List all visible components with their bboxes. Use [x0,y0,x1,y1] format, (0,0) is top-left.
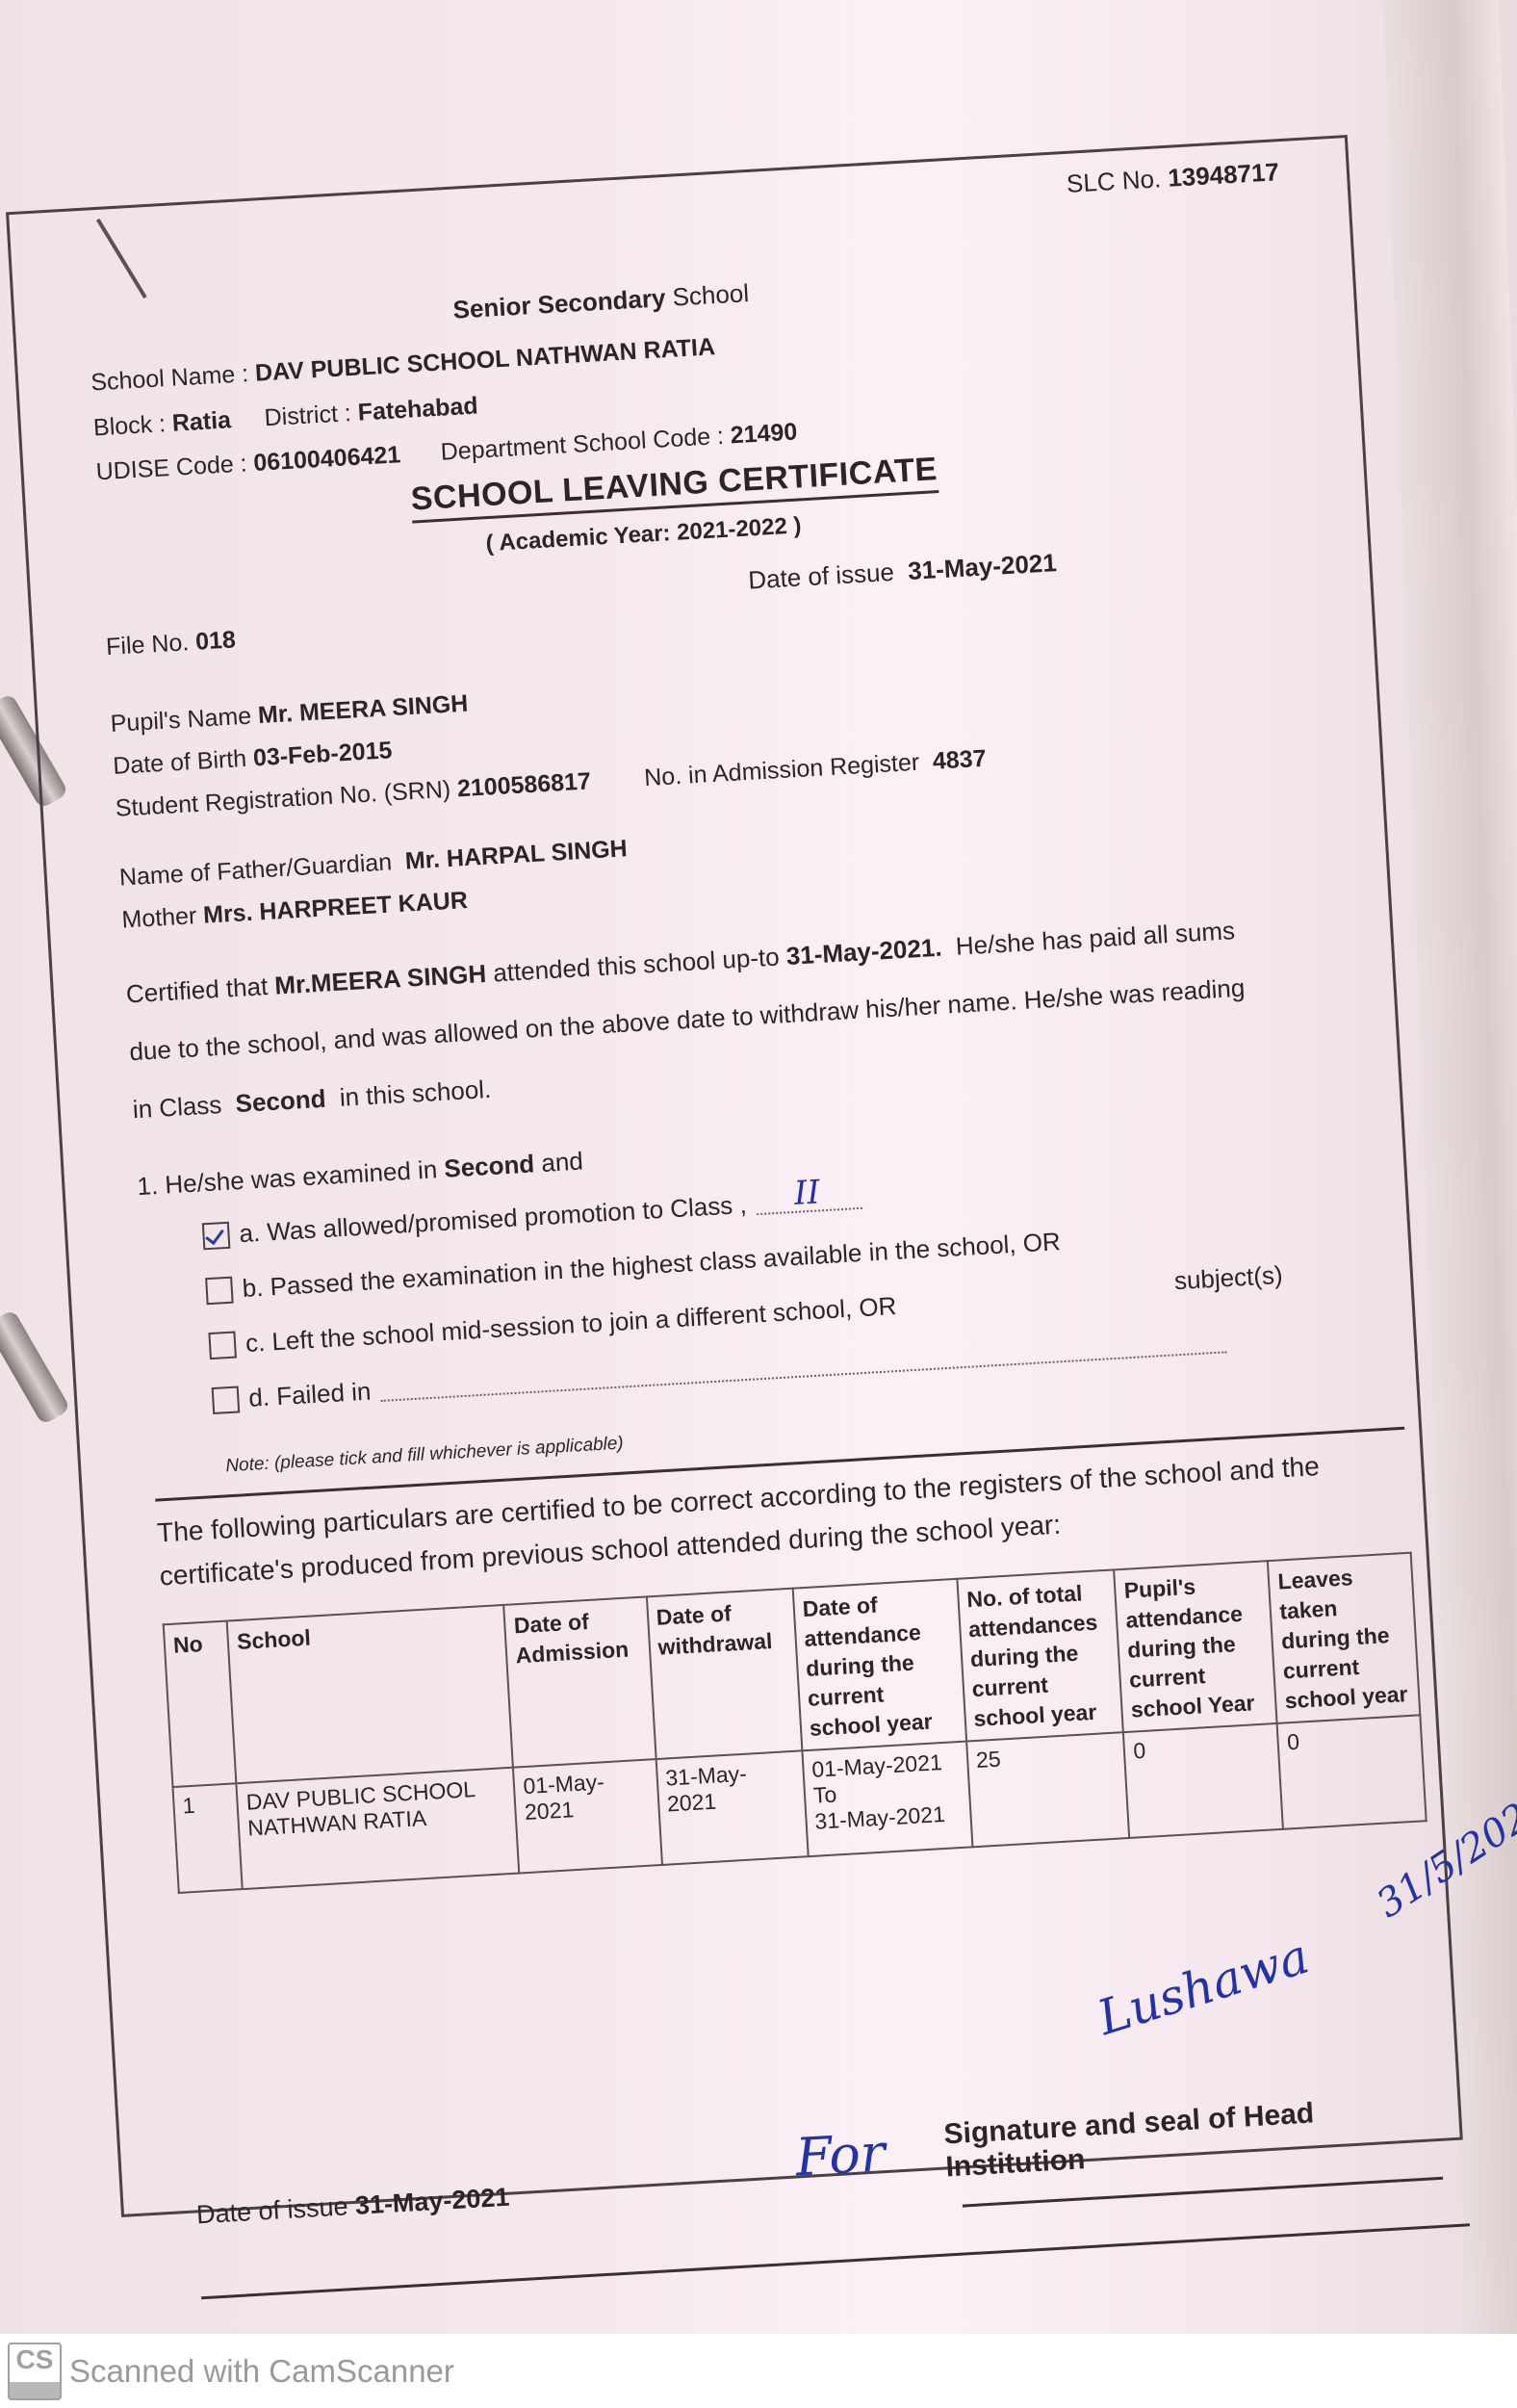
admission-register-value: 4837 [932,745,987,775]
date-of-issue-bottom-label: Date of issue [195,2191,348,2229]
cell-admission: 01-May-2021 [513,1759,661,1873]
particulars-table: No School Date of Admission Date of with… [163,1552,1427,1895]
slc-label: SLC No. [1066,164,1162,198]
school-name: DAV PUBLIC SCHOOL NATHWAN RATIA [254,333,716,387]
mother-name: Mrs. HARPREET KAUR [202,887,468,929]
examination-intro: 1. He/she was examined in Second and [137,1146,584,1202]
date-of-issue-bottom: Date of issue 31-May-2021 [195,2183,510,2231]
signature-label: Signature and seal of Head Institution [943,2089,1461,2185]
file-no-label: File No. [105,629,190,660]
mother-label: Mother [121,902,197,933]
cert-date: 31-May-2021. [785,933,942,971]
district-value: Fatehabad [357,392,478,426]
col-no: No [164,1621,237,1788]
certificate-document: SLC No. 13948717 Senior Secondary School… [6,135,1463,2217]
school-name-label: School Name : [90,360,249,396]
cell-attendance-dates: 01-May-2021 To 31-May-2021 [802,1742,972,1857]
file-no: 018 [194,626,236,655]
certification-line-3: in Class Second in this school. [132,1075,492,1125]
cell-withdrawal: 31-May-2021 [656,1751,808,1866]
admission-register-label: No. in Admission Register [644,749,920,791]
option-a[interactable]: a. Was allowed/promised promotion to Cla… [202,1183,863,1251]
checkbox-a[interactable] [202,1221,231,1250]
school-name-row: School Name : DAV PUBLIC SCHOOL NATHWAN … [90,333,716,397]
academic-year-value: 2021-2022 [676,513,787,546]
block-district-row: Block : Ratia District : Fatehabad [92,392,478,442]
dob-value: 03-Feb-2015 [252,737,393,771]
cert-suffix: He/she has paid all sums [955,916,1236,961]
cell-total-attendances: 25 [966,1732,1130,1847]
col-school: School [227,1605,513,1784]
promotion-class-handwritten: II [793,1173,821,1212]
cert-mid: attended this school up-to [492,942,780,987]
academic-year: ( Academic Year: 2021-2022 ) [485,512,802,557]
cell-pupil-attendance: 0 [1123,1723,1283,1838]
father-row: Name of Father/Guardian Mr. HARPAL SINGH [118,835,628,892]
col-pupil-attendance: Pupil's attendance during the current sc… [1115,1561,1278,1732]
class-value: Second [235,1084,326,1118]
udise-code: 06100406421 [253,441,401,477]
date-of-issue-bottom-value: 31-May-2021 [354,2183,510,2220]
scanned-photo: SLC No. 13948717 Senior Secondary School… [0,0,1517,2334]
school-type: Senior Secondary School [452,278,750,325]
handwritten-signature: Lushawa [1092,1929,1316,2046]
col-withdrawal: Date of withdrawal [647,1589,803,1760]
academic-year-label: ( Academic Year: [485,520,671,557]
slc-number: SLC No. 13948717 [1066,157,1280,199]
date-of-issue-label: Date of issue [747,557,894,595]
signature-line [963,2177,1443,2208]
date-of-issue-value: 31-May-2021 [907,548,1057,585]
dob-row: Date of Birth 03-Feb-2015 [113,737,394,781]
binder-clip-icon [0,1309,71,1426]
school-type-suffix: School [672,278,750,312]
district-label: District : [264,400,352,431]
option-a-label: a. Was allowed/promised promotion to Cla… [239,1190,748,1249]
class-suffix: in this school. [339,1075,492,1112]
col-admission: Date of Admission [504,1596,656,1767]
cert-name: Mr.MEERA SINGH [274,959,487,1000]
watermark-text: Scanned with CamScanner [69,2353,454,2390]
block-value: Ratia [171,406,232,436]
checkbox-b[interactable] [205,1276,234,1305]
udise-label: UDISE Code : [95,450,247,485]
checkbox-c[interactable] [208,1331,237,1359]
cell-leaves: 0 [1277,1716,1427,1829]
option-c-label: c. Left the school mid-session to join a… [244,1291,897,1359]
exam-class: Second [444,1149,535,1182]
option-c[interactable]: c. Left the school mid-session to join a… [208,1291,897,1360]
cell-school: DAV PUBLIC SCHOOL NATHWAN RATIA [237,1768,520,1889]
cert-prefix: Certified that [125,971,269,1008]
srn-value: 2100586817 [456,767,591,802]
pupil-name-label: Pupil's Name [110,703,252,738]
note: Note: (please tick and fill whichever is… [225,1434,625,1478]
block-label: Block : [92,410,167,441]
promotion-class-field[interactable]: II [756,1187,862,1214]
pupil-name-row: Pupil's Name Mr. MEERA SINGH [110,690,469,738]
col-attendance-dates: Date of attendance during the current sc… [792,1579,965,1751]
file-no-row: File No. 018 [105,626,236,661]
handwritten-for: For [794,2122,887,2188]
option-d-label: d. Failed in [247,1377,372,1413]
exam-prefix: 1. He/she was examined in [137,1154,438,1201]
col-total-attendances: No. of total attendances during the curr… [957,1569,1123,1741]
dept-code-label: Department School Code : [440,423,725,466]
dept-code: 21490 [730,418,798,449]
class-label: in Class [132,1090,222,1124]
pupil-name: Mr. MEERA SINGH [257,690,469,730]
col-leaves: Leaves taken during the current school y… [1268,1553,1420,1724]
camscanner-watermark: CS Scanned with CamScanner [8,2345,454,2397]
exam-suffix: and [541,1146,584,1177]
cell-no: 1 [173,1783,243,1893]
father-label: Name of Father/Guardian [118,848,393,891]
checkbox-d[interactable] [212,1385,241,1414]
bottom-rule [201,2223,1470,2299]
srn-label: Student Registration No. (SRN) [115,776,451,822]
pen-mark [96,219,147,298]
mother-row: Mother Mrs. HARPREET KAUR [121,887,469,935]
academic-year-close: ) [793,512,803,538]
date-of-issue-top: Date of issue 31-May-2021 [747,548,1057,595]
camscanner-logo-icon: CS [8,2343,62,2400]
dob-label: Date of Birth [113,745,247,780]
father-name: Mr. HARPAL SINGH [404,835,628,874]
school-type-bold: Senior Secondary [452,283,666,324]
subjects-label: subject(s) [1173,1260,1283,1296]
slc-value: 13948717 [1167,157,1279,193]
